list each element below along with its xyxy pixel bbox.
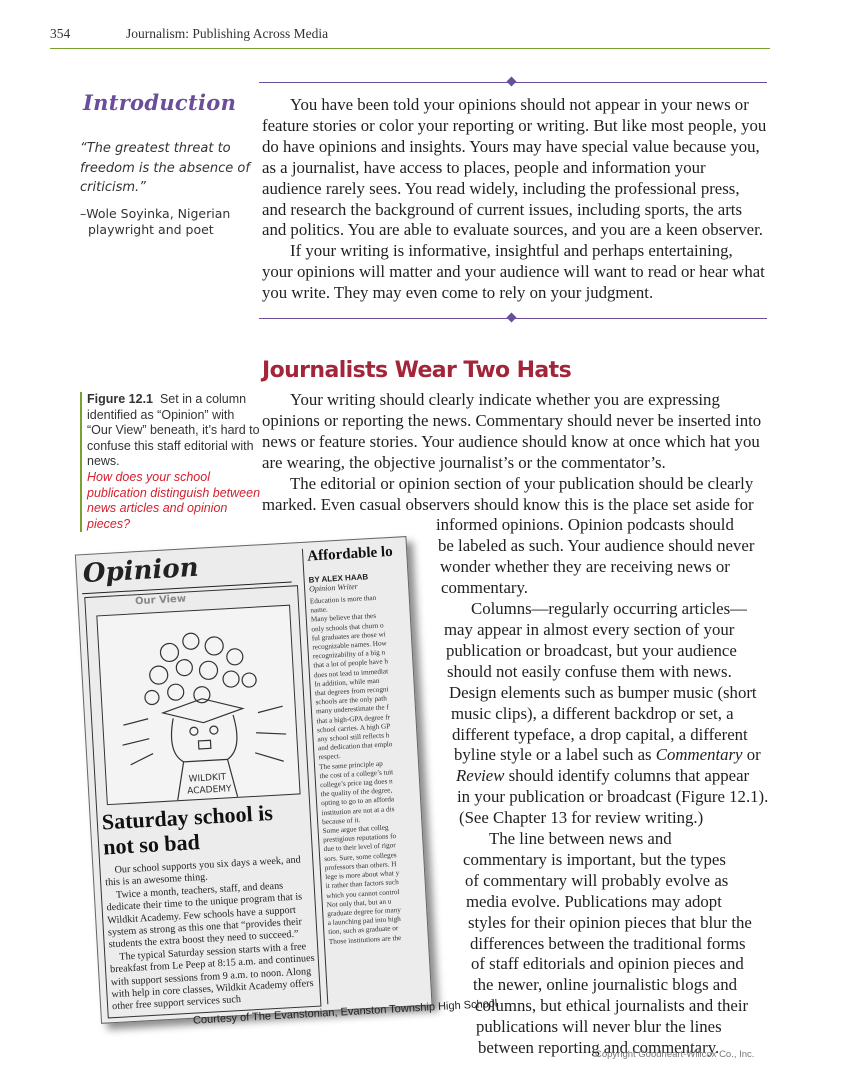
epigraph-attribution: –Wole Soyinka, Nigerian playwright and p… <box>80 206 255 238</box>
page-number: 354 <box>50 26 70 42</box>
clipping-paragraph: Twice a month, teachers, staff, and dean… <box>106 879 314 952</box>
introduction-body: You have been told your opinions should … <box>262 95 767 304</box>
top-divider-rule <box>259 82 767 83</box>
clipping-our-view-label: Our View <box>85 591 235 610</box>
section-heading: Journalists Wear Two Hats <box>262 358 571 383</box>
introduction-heading: Introduction <box>83 90 236 115</box>
clipping-body: Our school supports you six days a week,… <box>104 854 317 1014</box>
wildkit-cartoon-icon: WILDKIT ACADEMY <box>97 606 299 804</box>
svg-text:ACADEMY: ACADEMY <box>187 784 232 796</box>
copyright-notice: Copyright Goodheart-Willcox Co., Inc. <box>595 1049 754 1060</box>
label-commentary: Commentary <box>656 745 743 764</box>
bottom-divider-rule <box>259 318 767 319</box>
section-paragraph-1: Your writing should clearly indicate whe… <box>262 390 767 474</box>
intro-paragraph-1: You have been told your opinions should … <box>262 95 767 241</box>
svg-text:WILDKIT: WILDKIT <box>188 772 227 784</box>
clipping-staff-editorial: Our View WILDKIT <box>84 585 321 1018</box>
figure-12-1-clipping: Opinion Our View <box>75 536 431 1034</box>
running-head: 354 Journalism: Publishing Across Media <box>50 26 770 49</box>
newspaper-clipping: Opinion Our View <box>75 536 433 1024</box>
attribution-line-2: playwright and poet <box>80 222 255 238</box>
clipping-section-label: Opinion <box>82 553 199 589</box>
clipping-headline: Saturday school is not so bad <box>101 798 308 859</box>
section-paragraph-2: The editorial or opinion section of your… <box>262 474 767 516</box>
diamond-ornament-icon <box>507 313 517 323</box>
attribution-line-1: –Wole Soyinka, Nigerian <box>80 206 230 221</box>
book-title: Journalism: Publishing Across Media <box>126 26 328 42</box>
label-review: Review <box>456 766 504 785</box>
figure-caption: Figure 12.1 Set in a column identified a… <box>80 392 262 532</box>
wrap-line: informed opinions. Opinion podcasts shou… <box>262 515 767 536</box>
clipping-paragraph: The typical Saturday session starts with… <box>109 941 317 1014</box>
intro-paragraph-2: If your writing is informative, insightf… <box>262 241 767 304</box>
figure-question: How does your school publication disting… <box>87 470 262 532</box>
diamond-ornament-icon <box>507 77 517 87</box>
cartoon-illustration: WILDKIT ACADEMY <box>96 605 300 806</box>
figure-label: Figure 12.1 <box>87 392 153 406</box>
epigraph-quote: “The greatest threat to freedom is the a… <box>80 139 255 198</box>
